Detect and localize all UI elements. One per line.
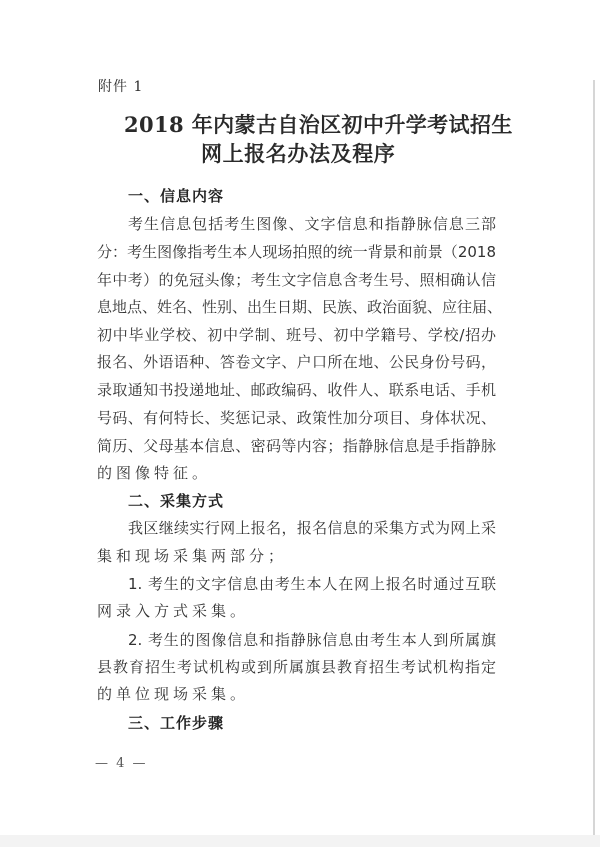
scan-edge-right <box>593 80 595 836</box>
paragraph-line: 录取通知书投递地址、邮政编码、收件人、联系电话、手机 <box>97 380 496 400</box>
paragraph-line: 2. 考生的图像信息和指静脉信息由考生本人到所属旗 <box>128 630 496 650</box>
section-heading-work-steps: 三、工作步骤 <box>128 712 224 733</box>
paragraph-line: 县教育招生考试机构或到所属旗县教育招生考试机构指定 <box>97 657 496 677</box>
paragraph-line: 的图像特征。 <box>97 463 211 483</box>
paragraph-line: 集和现场采集两部分； <box>97 546 287 566</box>
paragraph-line: 初中毕业学校、初中学制、班号、初中学籍号、学校/招办 <box>97 325 496 345</box>
paragraph-line: 报名、外语语种、答卷文字、户口所在地、公民身份号码， <box>97 352 496 372</box>
paragraph-line: 网录入方式采集。 <box>97 601 249 621</box>
paragraph-line: 我区继续实行网上报名，报名信息的采集方式为网上采 <box>128 518 496 538</box>
paragraph-line: 简历、父母基本信息、密码等内容；指静脉信息是手指静脉 <box>97 436 496 456</box>
paragraph-line: 号码、有何特长、奖惩记录、政策性加分项目、身体状况、 <box>97 408 496 428</box>
page-number: — 4 — <box>95 756 148 771</box>
paragraph-line: 1. 考生的文字信息由考生本人在网上报名时通过互联 <box>128 574 496 594</box>
section-heading-collection-method: 二、采集方式 <box>128 490 224 511</box>
scan-edge-bottom <box>0 835 600 847</box>
paragraph-line: 的单位现场采集。 <box>97 684 249 704</box>
document-title-line-1: 2018 年内蒙古自治区初中升学考试招生 <box>124 109 513 139</box>
paragraph-line: 考生信息包括考生图像、文字信息和指静脉信息三部 <box>128 214 496 234</box>
paragraph-line: 分：考生图像指考生本人现场拍照的统一背景和前景（2018 <box>97 242 496 262</box>
attachment-label: 附件 1 <box>98 76 143 96</box>
paragraph-line: 年中考）的免冠头像；考生文字信息含考生号、照相确认信 <box>97 270 496 290</box>
paragraph-line: 息地点、姓名、性别、出生日期、民族、政治面貌、应往届、 <box>97 297 496 317</box>
document-title-line-2: 网上报名办法及程序 <box>201 138 395 168</box>
section-heading-info-content: 一、信息内容 <box>128 185 224 206</box>
